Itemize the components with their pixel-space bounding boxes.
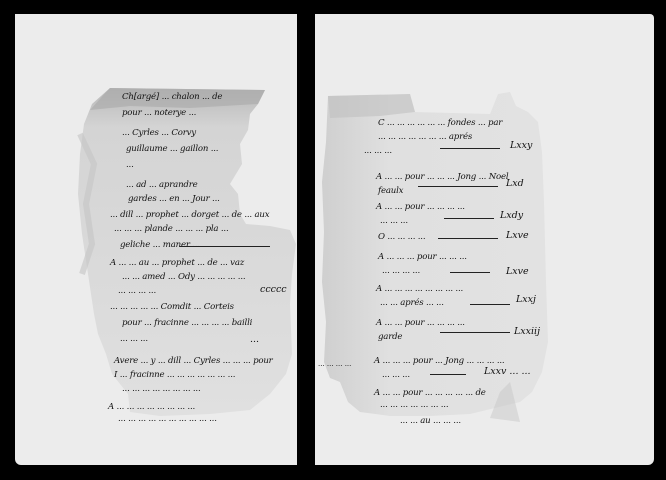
right-entry-1-amount: Lxxy bbox=[510, 140, 532, 151]
right-entry-8-rule bbox=[430, 374, 466, 375]
left-line-10: geliche ... maner ... bbox=[120, 240, 200, 250]
right-entry-9-line-3: ... ... au ... ... ... bbox=[400, 416, 461, 426]
right-entry-5-amount: Lxve bbox=[506, 266, 529, 277]
left-line-19: ... ... ... ... ... ... ... ... bbox=[122, 384, 200, 394]
right-entry-6-line-2: ... ... aprés ... ... bbox=[380, 298, 444, 308]
right-entry-6-amount: Lxxj bbox=[516, 294, 536, 305]
left-rule-1 bbox=[180, 246, 270, 247]
right-entry-3-rule bbox=[444, 218, 494, 219]
right-entry-2-rule bbox=[418, 186, 498, 187]
left-line-17: Avere ... y ... dill ... Cyrles ... ... … bbox=[114, 356, 273, 366]
left-line-7: gardes ... en ... Jour ... bbox=[128, 194, 220, 204]
right-entry-1-rule bbox=[440, 148, 500, 149]
right-entry-4-line-1: O ... ... ... ... bbox=[378, 232, 425, 242]
right-entry-9-line-2: ... ... ... ... ... ... ... bbox=[380, 400, 448, 410]
left-line-2: pour ... noterye ... bbox=[122, 108, 196, 118]
left-line-18: I ... fracinne ... ... ... ... ... ... .… bbox=[114, 370, 235, 380]
right-entry-5-line-2: ... ... ... ... bbox=[382, 266, 420, 276]
right-entry-2-line-2: feaulx bbox=[378, 186, 403, 196]
right-entry-7-amount: Lxxiij bbox=[514, 326, 540, 337]
right-entry-3-line-1: A ... ... pour ... ... ... ... bbox=[376, 202, 465, 212]
right-margin-note: ... ... ... ... bbox=[318, 360, 351, 368]
left-line-15: pour ... fracinne ... ... ... ... bailli bbox=[122, 318, 252, 328]
right-entry-3-line-2: ... ... ... bbox=[380, 216, 408, 226]
left-line-11: A ... ... au ... prophet ... de ... vaz bbox=[110, 258, 244, 268]
right-entry-2-line-1: A ... ... pour ... ... ... Jong ... Noel bbox=[376, 172, 508, 182]
left-line-5: ... bbox=[126, 160, 134, 170]
left-line-6: ... ad ... aprandre bbox=[126, 180, 198, 190]
left-line-16: ... ... ... bbox=[120, 334, 148, 344]
right-entry-1-line-2: ... ... ... ... ... ... ... aprés bbox=[378, 132, 472, 142]
right-entry-8-amount: Lxxv ... ... bbox=[484, 366, 531, 377]
left-page: Ch[argé] ... chalon ... de pour ... note… bbox=[15, 14, 297, 465]
left-line-13: ... ... ... ... bbox=[118, 286, 156, 296]
left-line-14: ... ... ... ... ... Comdit ... Corteis bbox=[110, 302, 234, 312]
left-amount-1: ccccc bbox=[260, 284, 287, 295]
right-paper-fragment: C ... ... ... ... ... ... fondes ... par… bbox=[320, 82, 552, 427]
right-entry-1-line-1: C ... ... ... ... ... ... fondes ... par bbox=[378, 118, 502, 128]
left-line-4: guillaume ... gaillon ... bbox=[126, 144, 218, 154]
left-paper-fragment: Ch[argé] ... chalon ... de pour ... note… bbox=[70, 74, 300, 424]
right-entry-6-rule bbox=[470, 304, 510, 305]
left-line-8: ... dill ... prophet ... dorget ... de .… bbox=[110, 210, 269, 220]
right-entry-7-rule bbox=[440, 332, 510, 333]
right-entry-4-amount: Lxve bbox=[506, 230, 529, 241]
right-page: C ... ... ... ... ... ... fondes ... par… bbox=[315, 14, 654, 465]
left-line-12: ... ... amed ... Ody ... ... ... ... ... bbox=[122, 272, 245, 282]
right-entry-1-line-3: ... ... ... bbox=[364, 146, 392, 156]
left-line-20: A ... ... ... ... ... ... ... ... bbox=[108, 402, 195, 412]
right-entry-7-line-2: garde bbox=[378, 332, 402, 342]
right-entry-6-line-1: A ... ... ... ... ... ... ... ... bbox=[376, 284, 463, 294]
right-entry-5-rule bbox=[450, 272, 490, 273]
right-entry-8-line-1: A ... ... ... pour ... Jong ... ... ... … bbox=[374, 356, 504, 366]
right-entry-9-line-1: A ... ... pour ... ... ... ... ... de bbox=[374, 388, 486, 398]
right-entry-4-rule bbox=[438, 238, 498, 239]
left-line-9: ... ... ... plande ... ... ... pla ... bbox=[114, 224, 229, 234]
right-entry-5-line-1: A ... ... ... pour ... ... ... bbox=[378, 252, 467, 262]
right-entry-2-amount: Lxd bbox=[506, 178, 524, 189]
left-line-3: ... Cyrles ... Corvy bbox=[122, 128, 196, 138]
right-entry-8-line-2: ... ... ... bbox=[382, 370, 410, 380]
left-amount-2: ... bbox=[250, 334, 259, 345]
right-entry-3-amount: Lxdy bbox=[500, 210, 523, 221]
left-line-21: ... ... ... ... ... ... ... ... ... ... bbox=[118, 414, 217, 424]
left-line-1: Ch[argé] ... chalon ... de bbox=[122, 92, 222, 102]
right-entry-7-line-1: A ... ... pour ... ... ... ... bbox=[376, 318, 465, 328]
